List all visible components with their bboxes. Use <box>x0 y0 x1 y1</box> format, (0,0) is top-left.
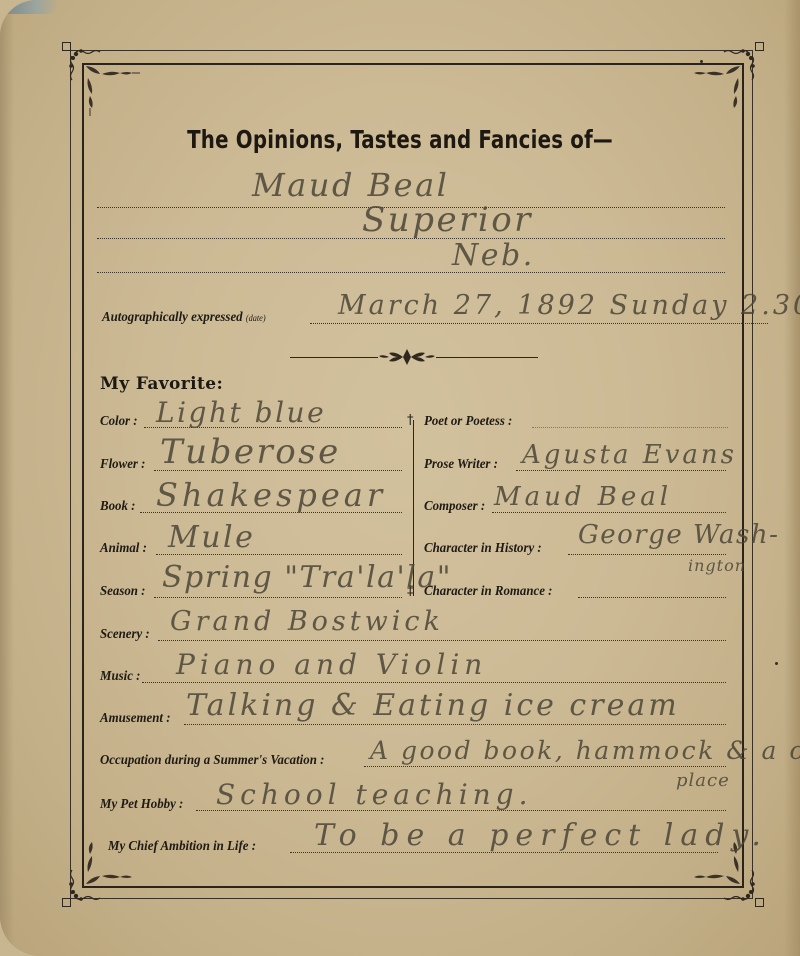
color-label: Color : <box>100 414 138 430</box>
occupation-line <box>364 766 726 767</box>
music-value: Piano and Violin <box>176 648 487 681</box>
season-label: Season : <box>100 584 145 600</box>
page-title: The Opinions, Tastes and Fancies of— <box>0 126 800 155</box>
town-value: Superior <box>362 200 533 240</box>
character-romance-label: Character in Romance : <box>424 584 552 600</box>
date-line <box>310 323 768 324</box>
scenery-label: Scenery : <box>100 627 150 643</box>
music-label: Music : <box>100 669 140 685</box>
occupation-label: Occupation during a Summer's Vacation : <box>100 753 324 769</box>
occupation-continuation: place <box>676 770 730 791</box>
chief-ambition-value: To be a perfect lady. <box>314 818 768 853</box>
book-value: Shakespear <box>156 476 386 514</box>
section-title: My Favorite: <box>100 374 223 394</box>
flower-value: Tuberose <box>160 432 341 472</box>
season-line <box>154 597 402 598</box>
scenery-line <box>158 640 726 641</box>
leaf-spray-ornament-top-left <box>84 64 144 124</box>
composer-line <box>492 512 726 513</box>
character-history-continuation: ington <box>688 556 746 575</box>
divider-line-right <box>436 357 538 358</box>
cross-mark-icon-top: † <box>407 413 414 428</box>
animal-label: Animal : <box>100 541 147 557</box>
character-history-value: George Wash- <box>578 520 779 550</box>
prose-writer-line <box>516 470 726 471</box>
leaf-spray-ornament-top-right <box>682 64 742 124</box>
prose-writer-value: Agusta Evans <box>522 440 737 470</box>
amusement-line <box>184 724 726 725</box>
paper-speck <box>775 662 778 665</box>
scenery-value: Grand Bostwick <box>170 606 444 637</box>
prose-writer-label: Prose Writer : <box>424 457 498 473</box>
album-page: The Opinions, Tastes and Fancies of— Mau… <box>0 0 800 956</box>
date-label-note: (date) <box>246 313 266 323</box>
character-history-label: Character in History : <box>424 541 542 557</box>
amusement-value: Talking & Eating ice cream <box>186 688 680 723</box>
leaf-spray-ornament-bottom-left <box>84 826 144 886</box>
date-label-text: Autographically expressed <box>102 310 243 325</box>
character-romance-line <box>578 597 726 598</box>
pet-hobby-value: School teaching. <box>216 778 533 811</box>
color-value: Light blue <box>156 396 326 429</box>
state-value: Neb. <box>452 238 535 273</box>
amusement-label: Amusement : <box>100 711 170 727</box>
state-line <box>97 272 725 273</box>
poet-line <box>532 427 728 428</box>
music-line <box>142 682 726 683</box>
date-value: March 27, 1892 Sunday 2.30 P.M. <box>338 290 800 321</box>
center-divider-ornament <box>374 346 440 368</box>
chief-ambition-label: My Chief Ambition in Life : <box>108 839 256 855</box>
name-value: Maud Beal <box>252 166 449 204</box>
season-value: Spring "Tra'la'la" <box>162 560 452 595</box>
flower-label: Flower : <box>100 457 145 473</box>
character-history-line <box>568 554 726 555</box>
pet-hobby-label: My Pet Hobby : <box>100 797 183 813</box>
occupation-value: A good book, hammock & a cool <box>370 736 800 765</box>
composer-label: Composer : <box>424 499 485 515</box>
book-label: Book : <box>100 499 135 515</box>
divider-line-left <box>290 357 378 358</box>
composer-value: Maud Beal <box>494 482 672 512</box>
poet-label: Poet or Poetess : <box>424 414 512 430</box>
date-label: Autographically expressed (date) <box>102 310 266 326</box>
paper-speck <box>700 60 703 63</box>
animal-value: Mule <box>168 520 255 555</box>
